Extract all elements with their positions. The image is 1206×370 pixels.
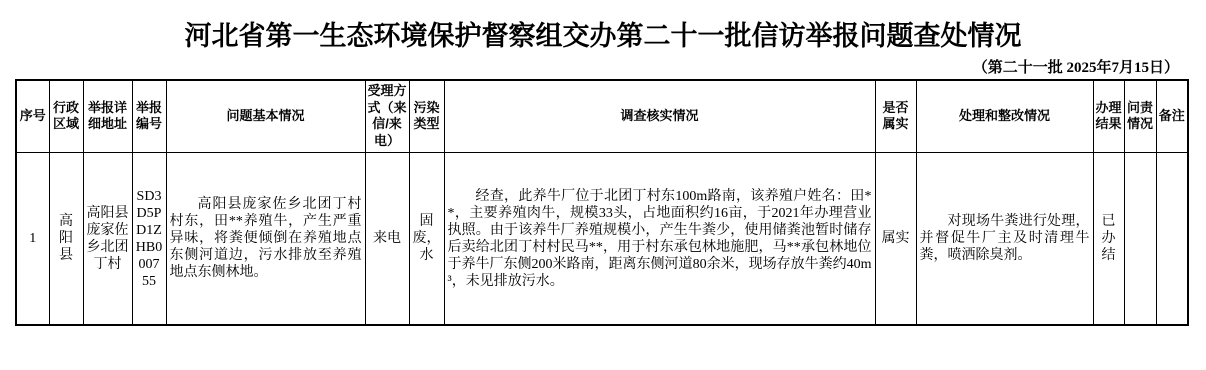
header-verified: 是否属实 <box>875 80 916 153</box>
header-pollution-type: 污染类型 <box>409 80 444 153</box>
cell-address: 高阳县庞家佐乡北团丁村 <box>83 153 132 325</box>
cell-method: 来电 <box>365 153 409 325</box>
cell-report-no: SD3D5PD1ZHB000755 <box>132 153 166 325</box>
cell-region: 高阳县 <box>49 153 83 325</box>
header-seq: 序号 <box>16 80 49 153</box>
cell-handling: 对现场牛粪进行处理，并督促牛厂主及时清理牛粪，喷洒除臭剂。 <box>916 153 1093 325</box>
cell-accountability <box>1124 153 1156 325</box>
header-problem: 问题基本情况 <box>166 80 365 153</box>
header-investigation: 调查核实情况 <box>444 80 875 153</box>
header-result: 办理结果 <box>1093 80 1124 153</box>
header-handling: 处理和整改情况 <box>916 80 1093 153</box>
header-report-no: 举报编号 <box>132 80 166 153</box>
header-accountability: 问责情况 <box>1124 80 1156 153</box>
cell-problem: 高阳县庞家佐乡北团丁村村东，田**养殖牛，产生严重异味，将粪便倾倒在养殖地点东侧… <box>166 153 365 325</box>
header-region: 行政区域 <box>49 80 83 153</box>
header-address: 举报详细地址 <box>83 80 132 153</box>
cell-verified: 属实 <box>875 153 916 325</box>
investigation-text: 经查，此养牛厂位于北团丁村东100m路南，该养殖户姓名：田**，主要养殖肉牛，规… <box>448 188 872 290</box>
cell-investigation: 经查，此养牛厂位于北团丁村东100m路南，该养殖户姓名：田**，主要养殖肉牛，规… <box>444 153 875 325</box>
report-page: 河北省第一生态环境保护督察组交办第二十一批信访举报问题查处情况 （第二十一批 2… <box>0 0 1206 370</box>
cell-result: 已办结 <box>1093 153 1124 325</box>
cell-seq: 1 <box>16 153 49 325</box>
cell-remarks <box>1156 153 1188 325</box>
complaint-report-table: 序号 行政区域 举报详细地址 举报编号 问题基本情况 受理方式（来信/来电） 污… <box>15 79 1189 326</box>
table-row: 1 高阳县 高阳县庞家佐乡北团丁村 SD3D5PD1ZHB000755 高阳县庞… <box>16 153 1188 325</box>
batch-date-subtitle: （第二十一批 2025年7月15日） <box>0 52 1187 79</box>
problem-text: 高阳县庞家佐乡北团丁村村东，田**养殖牛，产生严重异味，将粪便倾倒在养殖地点东侧… <box>170 196 362 281</box>
header-method: 受理方式（来信/来电） <box>365 80 409 153</box>
table-header-row: 序号 行政区域 举报详细地址 举报编号 问题基本情况 受理方式（来信/来电） 污… <box>16 80 1188 153</box>
cell-pollution-type: 固废，水 <box>409 153 444 325</box>
header-remarks: 备注 <box>1156 80 1188 153</box>
page-title: 河北省第一生态环境保护督察组交办第二十一批信访举报问题查处情况 <box>0 0 1206 52</box>
handling-text: 对现场牛粪进行处理，并督促牛厂主及时清理牛粪，喷洒除臭剂。 <box>920 213 1090 264</box>
